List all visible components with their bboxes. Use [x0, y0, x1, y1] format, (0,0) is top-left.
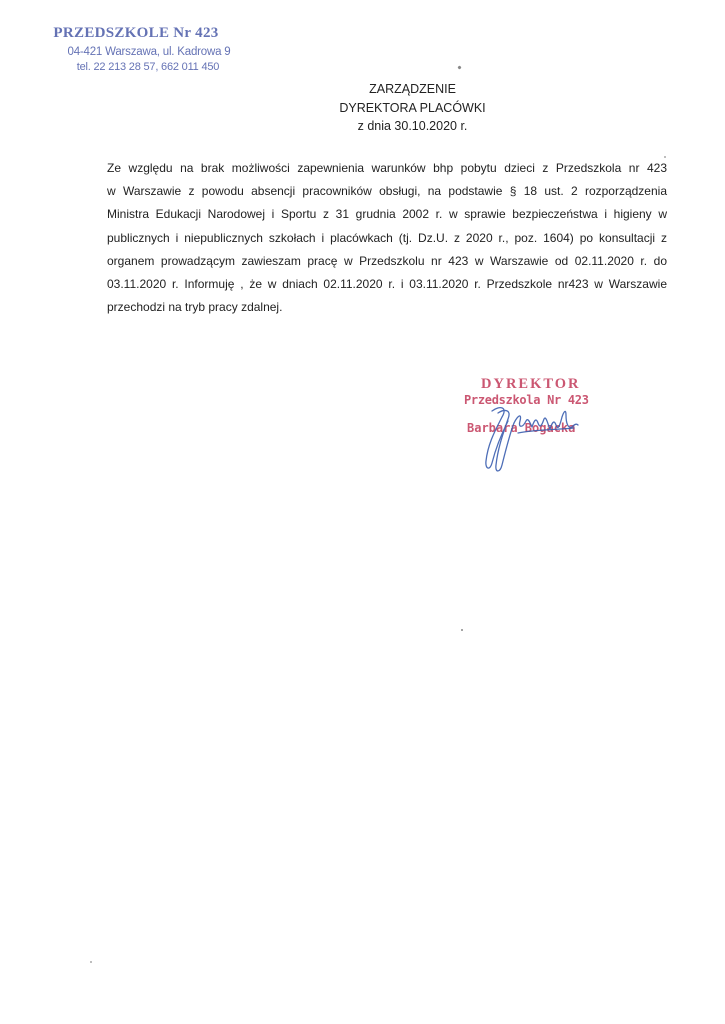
- title-line-1: ZARZĄDZENIE: [300, 80, 525, 99]
- document-page: PRZEDSZKOLE Nr 423 04-421 Warszawa, ul. …: [0, 0, 725, 1024]
- letterhead-stamp: PRZEDSZKOLE Nr 423 04-421 Warszawa, ul. …: [42, 25, 242, 73]
- body-line: organem prowadzącym zawieszam pracę w Pr…: [107, 250, 667, 273]
- body-line: w Warszawie z powodu absencji pracownikó…: [107, 180, 667, 203]
- title-line-2: DYREKTORA PLACÓWKI: [300, 99, 525, 118]
- body-line: publicznych i niepublicznych szkołach i …: [107, 227, 667, 250]
- school-name: PRZEDSZKOLE Nr 423: [30, 25, 242, 42]
- scan-speck: [461, 629, 463, 631]
- scan-speck: [90, 961, 92, 963]
- stamp-role: DYREKTOR: [481, 376, 635, 393]
- body-line: Ze względu na brak możliwości zapewnieni…: [107, 157, 667, 180]
- scan-speck: [664, 156, 666, 158]
- title-date: z dnia 30.10.2020 r.: [300, 117, 525, 136]
- school-phone: tel. 22 213 28 57, 662 011 450: [54, 61, 242, 73]
- document-body: Ze względu na brak możliwości zapewnieni…: [107, 157, 667, 319]
- body-line: 03.11.2020 r. Informuję , że w dniach 02…: [107, 273, 667, 296]
- document-title: ZARZĄDZENIE DYREKTORA PLACÓWKI z dnia 30…: [300, 80, 525, 136]
- scan-speck: [457, 65, 461, 69]
- body-line: Ministra Edukacji Narodowej i Sportu z 3…: [107, 203, 667, 226]
- school-address: 04-421 Warszawa, ul. Kadrowa 9: [56, 46, 242, 58]
- body-line: przechodzi na tryb pracy zdalnej.: [107, 296, 667, 319]
- handwritten-signature: [478, 403, 588, 475]
